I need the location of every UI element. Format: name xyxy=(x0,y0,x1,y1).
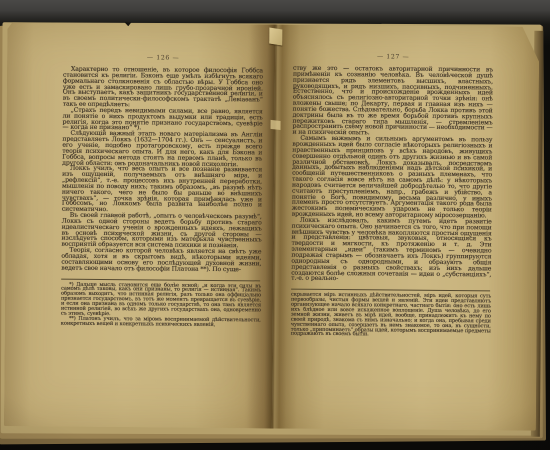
paragraph: Теорія, согласно которой человѣкъ являет… xyxy=(61,248,261,273)
paragraph: ству же это — остатокъ авторитарной прич… xyxy=(292,66,493,138)
gutter-fold-flap xyxy=(270,120,280,130)
paragraph: Локкъ изслѣдовалъ, какимъ путемъ идетъ р… xyxy=(291,218,492,284)
right-page-text: ству же это — остатокъ авторитарной прич… xyxy=(291,66,493,339)
footnote-rule xyxy=(61,278,260,281)
paragraph: Локкъ училъ, что весь опытъ и все познан… xyxy=(62,166,262,214)
footnote: **) Платонъ училъ, что за міромъ восприн… xyxy=(61,317,261,329)
paragraph: Слѣдующій важный этапъ новаго матеріализ… xyxy=(62,131,262,168)
gutter-fold-flap xyxy=(269,28,282,46)
right-page-number: — 127 — xyxy=(293,53,493,62)
footnote: *) Дальше мысль становится еще болѣе ясн… xyxy=(61,282,261,318)
paragraph: Въ своей главной работѣ, „опытъ о человѣ… xyxy=(61,213,261,250)
paragraph: Самымъ важнымъ и сильнымъ аргументомъ въ… xyxy=(292,136,493,220)
left-page-text: Характерно то отношеніе, въ которое фило… xyxy=(61,67,263,328)
footnote: скрывается міръ истинныхъ дѣйствительнос… xyxy=(291,293,491,339)
book-photo: — 126 — Характерно то отношеніе, въ кото… xyxy=(0,0,550,450)
paragraph: Характерно то отношеніе, въ которое фило… xyxy=(63,67,263,110)
paragraph: „Страхъ передъ невидимыми силами, все ра… xyxy=(62,108,262,133)
right-page: — 127 — ству же это — остатокъ авторитар… xyxy=(272,24,540,430)
left-page-number: — 126 — xyxy=(63,54,263,63)
open-book: — 126 — Характерно то отношеніе, въ кото… xyxy=(4,22,540,431)
left-page: — 126 — Характерно то отношеніе, въ кото… xyxy=(4,22,276,428)
